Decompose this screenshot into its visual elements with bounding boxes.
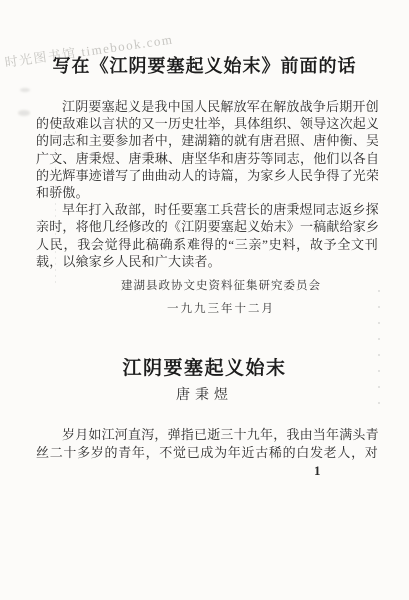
signature-organization: 建湖县政协文史资料征集研究委员会 bbox=[121, 277, 321, 293]
preface-para1-line: 的使敌难以言状的又一历史壮举，具体组织、领导这次起义 bbox=[36, 115, 378, 132]
preface-para1-line: 和骄傲。 bbox=[36, 184, 378, 201]
preface-para1-line: 的光辉事迹谱写了曲曲动人的诗篇，为家乡人民争得了光荣 bbox=[36, 167, 378, 184]
preface-para2-line: 人民，我会觉得此稿确系难得的“三亲”史料，故予全文刊 bbox=[36, 236, 378, 253]
page-number: 1 bbox=[314, 463, 321, 479]
signature-date: 一九九三年十二月 bbox=[121, 300, 321, 316]
preface-para2-line: 早年打入敌部，时任要塞工兵营长的唐秉煜同志返乡探 bbox=[36, 201, 378, 218]
preface-title: 写在《江阴要塞起义始末》前面的话 bbox=[0, 52, 409, 78]
scan-smudge bbox=[18, 110, 30, 116]
preface-para1-line: 的同志和主要参加者中，建湖籍的就有唐君照、唐仲衡、吴 bbox=[36, 132, 378, 149]
preface-para2-line: 载，以飨家乡人民和广大读者。 bbox=[36, 253, 378, 270]
article-body: 岁月如江河直泻，弹指已逝三十九年，我由当年满头青 丝二十多岁的青年，不觉已成为年… bbox=[36, 426, 378, 461]
preface-para1-line: 江阴要塞起义是我中国人民解放军在解放战争后期开创 bbox=[36, 98, 378, 115]
scanned-book-page: 时光图书馆 timebook.com 写在《江阴要塞起义始末》前面的话 江阴要塞… bbox=[0, 0, 409, 600]
article-author: 唐秉煜 bbox=[0, 384, 409, 404]
article-title: 江阴要塞起义始末 bbox=[0, 353, 409, 380]
preface-para1-line: 广文、唐秉煜、唐秉琳、唐坚华和唐芬等同志，他们以各自 bbox=[36, 150, 378, 167]
article-para-line: 岁月如江河直泻，弹指已逝三十九年，我由当年满头青 bbox=[36, 426, 378, 444]
preface-para2-line: 亲时，将他几经修改的《江阴要塞起义始末》一稿献给家乡 bbox=[36, 218, 378, 235]
scan-smudge bbox=[20, 88, 30, 92]
signature-block: 建湖县政协文史资料征集研究委员会 一九九三年十二月 bbox=[121, 277, 321, 316]
preface-body: 江阴要塞起义是我中国人民解放军在解放战争后期开创 的使敌难以言状的又一历史壮举，… bbox=[36, 98, 378, 270]
article-para-line: 丝二十多岁的青年，不觉已成为年近古稀的白发老人，对 bbox=[36, 444, 378, 462]
